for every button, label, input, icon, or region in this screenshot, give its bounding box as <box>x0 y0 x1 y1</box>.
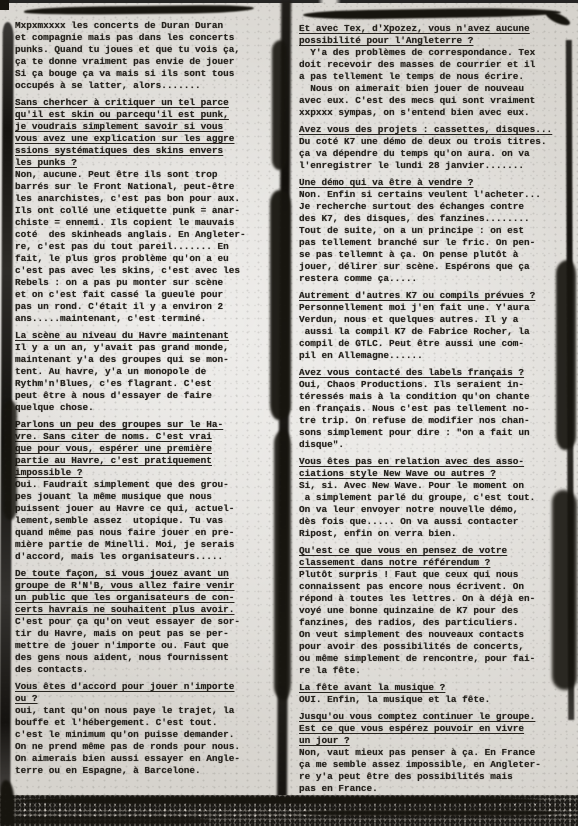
scan-smudge-bottom-streak-3 <box>0 817 210 824</box>
scanned-fanzine-page: Mxpxmxxxx les concerts de Duran Duran et… <box>0 0 578 826</box>
interview-answer: Personnellement moi j'en fait une. Y'aur… <box>299 302 565 362</box>
interview-answer: Non. Enfin si certains veulent l'acheter… <box>299 189 565 285</box>
interview-answer: Non, vaut mieux pas penser à ça. En Fran… <box>299 747 565 795</box>
interview-answer: OUI. Enfin, la musique et la fête. <box>299 694 565 706</box>
scan-top-hairline <box>0 0 578 3</box>
interview-answer: Du coté K7 une démo de deux ou trois tit… <box>299 136 565 172</box>
scan-smudge-bottom-streak-1 <box>18 797 543 804</box>
interview-question: Qu'est ce que vous en pensez de votre cl… <box>299 545 565 569</box>
interview-question: Jusqu'ou vous comptez continuer le group… <box>299 711 565 747</box>
interview-question: Vous êtes d'accord pour jouer n'importe … <box>15 681 275 705</box>
scan-smudge-left-edge <box>0 22 14 800</box>
scan-smudge-right-edge <box>566 40 574 720</box>
scan-smudge-bottom-streak-2 <box>300 810 558 816</box>
interview-answer: C'est pour ça qu'on veut essayer de sor-… <box>15 616 275 676</box>
interview-answer: oui, tant qu'on nous paye le trajet, la … <box>15 705 275 777</box>
interview-answer: Il y a un an, y'avait pas grand monde, m… <box>15 342 275 414</box>
interview-answer: Non, aucune. Peut être ils sont trop bar… <box>15 169 275 325</box>
interview-question: Avez vous des projets : cassettes, disqu… <box>299 124 565 136</box>
interview-question: Une démo qui va être à vendre ? <box>299 177 565 189</box>
scan-corner-mark-top-left <box>0 0 9 10</box>
interview-question: De toute façon, si vous jouez avant un g… <box>15 568 275 616</box>
scan-smudge-bottom-left-corner <box>0 780 14 826</box>
column-right: Et avec Tex, d'Xpozez, vous n'avez aucun… <box>299 23 565 795</box>
interview-answer: Mxpxmxxxx les concerts de Duran Duran et… <box>15 20 275 92</box>
interview-answer: Oui. Faudrait simplement que des grou- p… <box>15 479 275 563</box>
scan-smudge-center-fold <box>277 0 291 826</box>
scan-smudge-bottom-band <box>0 795 578 826</box>
interview-answer: Oui, Chaos Productions. Ils seraient in-… <box>299 379 565 451</box>
interview-question: Vous êtes pas en relation avec des asso-… <box>299 456 565 480</box>
interview-answer: Si, si. Avec New Wave. Pour le moment on… <box>299 480 565 540</box>
interview-question: Autrement d'autres K7 ou compils prévues… <box>299 290 565 302</box>
interview-answer: Plutôt surpris ! Faut que ceux qui nous … <box>299 569 565 677</box>
scan-smudge-center-blob-3 <box>274 430 291 700</box>
interview-question: Parlons un peu des groupes sur le Ha- vr… <box>15 419 275 479</box>
column-left: Mxpxmxxxx les concerts de Duran Duran et… <box>15 20 275 777</box>
interview-question: Sans cherhcer à critiquer un tel parce q… <box>15 97 275 169</box>
interview-question: Avez vous contacté des labels français ? <box>299 367 565 379</box>
scan-smudge-top-right <box>303 7 561 20</box>
scan-smudge-top-left <box>24 5 254 15</box>
interview-question: La fête avant la musique ? <box>299 682 565 694</box>
interview-question: La scène au niveau du Havre maintenant <box>15 330 275 342</box>
interview-answer: Y'a des problèmes de correspondance. Tex… <box>299 47 565 119</box>
interview-question: Et avec Tex, d'Xpozez, vous n'avez aucun… <box>299 23 565 47</box>
